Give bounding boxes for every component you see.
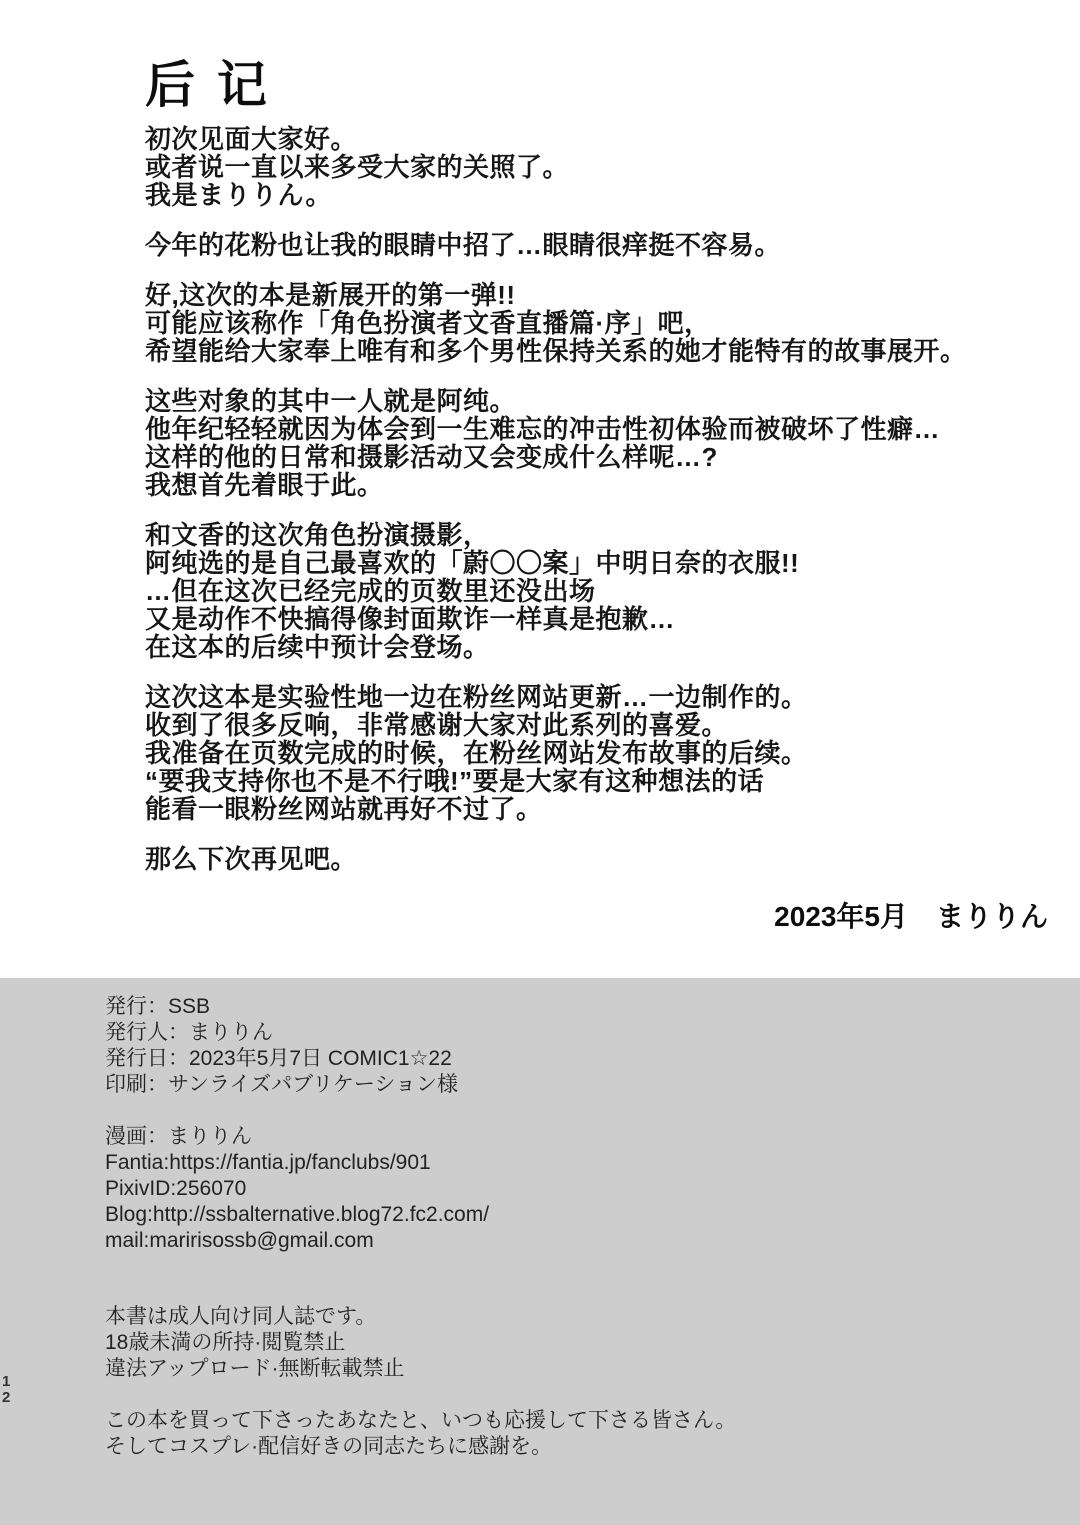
text-line: 和文香的这次角色扮演摄影， bbox=[145, 521, 1052, 549]
paragraph: 今年的花粉也让我的眼睛中招了…眼睛很痒挺不容易。 bbox=[145, 231, 1052, 259]
text-line: 発行日：2023年5月7日 COMIC1☆22 bbox=[105, 1046, 1080, 1072]
text-line: 漫画：まりりん bbox=[105, 1124, 1080, 1150]
paragraph: 初次见面大家好。或者说一直以来多受大家的关照了。我是まりりん。 bbox=[145, 125, 1052, 209]
text-line: 我想首先着眼于此。 bbox=[145, 471, 1052, 499]
text-line: Fantia:https://fantia.jp/fanclubs/901 bbox=[105, 1150, 1080, 1176]
text-line: 可能应该称作「角色扮演者文香直播篇·序」吧， bbox=[145, 309, 1052, 337]
afterword-body: 初次见面大家好。或者说一直以来多受大家的关照了。我是まりりん。今年的花粉也让我的… bbox=[145, 125, 1052, 873]
colophon-footer: 発行：SSB発行人：まりりん発行日：2023年5月7日 COMIC1☆22印刷：… bbox=[0, 978, 1080, 1525]
text-line: 他年纪轻轻就因为体会到一生难忘的冲击性初体验而被破坏了性癖… bbox=[145, 415, 1052, 443]
text-line: 这些对象的其中一人就是阿纯。 bbox=[145, 387, 1052, 415]
text-line: mail:maririsossb@gmail.com bbox=[105, 1228, 1080, 1254]
text-line: 発行：SSB bbox=[105, 994, 1080, 1020]
text-line: …但在这次已经完成的页数里还没出场 bbox=[145, 577, 1052, 605]
text-line: 又是动作不快搞得像封面欺诈一样真是抱歉… bbox=[145, 605, 1052, 633]
signature-date-author: 2023年5月 まりりん bbox=[145, 895, 1052, 935]
text-line: 我是まりりん。 bbox=[145, 181, 1052, 209]
afterword-content: 后 记 初次见面大家好。或者说一直以来多受大家的关照了。我是まりりん。今年的花粉… bbox=[0, 0, 1080, 978]
text-line: 1 bbox=[2, 1374, 18, 1390]
colophon-adult-notice-block: 本書は成人向け同人誌です。18歳未満の所持·閲覧禁止違法アップロード·無断転載禁… bbox=[105, 1304, 1080, 1382]
text-line: 这次这本是实验性地一边在粉丝网站更新…一边制作的。 bbox=[145, 683, 1052, 711]
text-line: Blog:http://ssbalternative.blog72.fc2.co… bbox=[105, 1202, 1080, 1228]
text-line: 或者说一直以来多受大家的关照了。 bbox=[145, 153, 1052, 181]
text-line: 能看一眼粉丝网站就再好不过了。 bbox=[145, 795, 1052, 823]
colophon-thanks-block: この本を買って下さったあなたと、いつも応援して下さる皆さん。そしてコスプレ·配信… bbox=[105, 1408, 1080, 1460]
text-line: 18歳未満の所持·閲覧禁止 bbox=[105, 1330, 1080, 1356]
text-line: 本書は成人向け同人誌です。 bbox=[105, 1304, 1080, 1330]
colophon-publisher-block: 発行：SSB発行人：まりりん発行日：2023年5月7日 COMIC1☆22印刷：… bbox=[105, 994, 1080, 1098]
paragraph: 这些对象的其中一人就是阿纯。他年纪轻轻就因为体会到一生难忘的冲击性初体验而被破坏… bbox=[145, 387, 1052, 499]
text-line: 印刷：サンライズパブリケーション様 bbox=[105, 1072, 1080, 1098]
page-title: 后 记 bbox=[145, 58, 1052, 113]
text-line: 这样的他的日常和摄影活动又会变成什么样呢…? bbox=[145, 443, 1052, 471]
text-line: 初次见面大家好。 bbox=[145, 125, 1052, 153]
text-line: この本を買って下さったあなたと、いつも応援して下さる皆さん。 bbox=[105, 1408, 1080, 1434]
text-line: 今年的花粉也让我的眼睛中招了…眼睛很痒挺不容易。 bbox=[145, 231, 1052, 259]
text-line: PixivID:256070 bbox=[105, 1176, 1080, 1202]
paragraph: 好,这次的本是新展开的第一弹!!可能应该称作「角色扮演者文香直播篇·序」吧，希望… bbox=[145, 281, 1052, 365]
colophon-artist-links-block: 漫画：まりりんFantia:https://fantia.jp/fanclubs… bbox=[105, 1124, 1080, 1254]
text-line: そしてコスプレ·配信好きの同志たちに感謝を。 bbox=[105, 1434, 1080, 1460]
paragraph: 这次这本是实验性地一边在粉丝网站更新…一边制作的。收到了很多反响，非常感谢大家对… bbox=[145, 683, 1052, 823]
text-line: 好,这次的本是新展开的第一弹!! bbox=[145, 281, 1052, 309]
text-line: 違法アップロード·無断転載禁止 bbox=[105, 1356, 1080, 1382]
paragraph: 和文香的这次角色扮演摄影，阿纯选的是自己最喜欢的「蔚〇〇案」中明日奈的衣服!!…… bbox=[145, 521, 1052, 661]
text-line: 在这本的后续中预计会登场。 bbox=[145, 633, 1052, 661]
page-number: 12 bbox=[2, 1374, 18, 1406]
text-line: 阿纯选的是自己最喜欢的「蔚〇〇案」中明日奈的衣服!! bbox=[145, 549, 1052, 577]
text-line: 発行人：まりりん bbox=[105, 1020, 1080, 1046]
text-line: 希望能给大家奉上唯有和多个男性保持关系的她才能特有的故事展开。 bbox=[145, 337, 1052, 365]
text-line: 2 bbox=[2, 1390, 18, 1406]
text-line: 收到了很多反响，非常感谢大家对此系列的喜爱。 bbox=[145, 711, 1052, 739]
text-line: “要我支持你也不是不行哦!”要是大家有这种想法的话 bbox=[145, 767, 1052, 795]
text-line: 那么下次再见吧。 bbox=[145, 845, 1052, 873]
text-line: 我准备在页数完成的时候，在粉丝网站发布故事的后续。 bbox=[145, 739, 1052, 767]
paragraph: 那么下次再见吧。 bbox=[145, 845, 1052, 873]
afterword-page: 后 记 初次见面大家好。或者说一直以来多受大家的关照了。我是まりりん。今年的花粉… bbox=[0, 0, 1080, 1525]
